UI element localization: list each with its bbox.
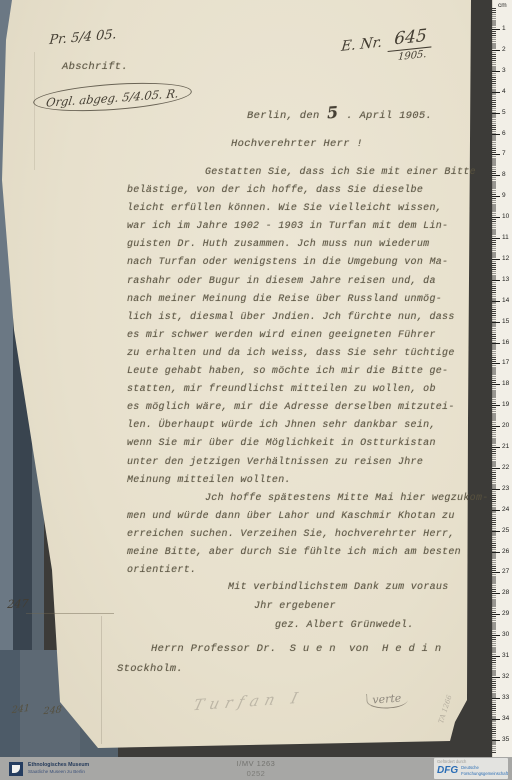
ruler-cm-number: 34 <box>502 715 509 723</box>
ruler-cm-tick <box>492 363 500 364</box>
ruler-cm-number: 32 <box>502 673 509 681</box>
typed-line: len. Überhaupt würde ich Jhnen sehr dank… <box>127 417 463 435</box>
ruler-cm-number: 15 <box>502 318 509 326</box>
typed-line: erreichen suchen. Verzeihen Sie, hochver… <box>127 526 463 544</box>
ruler-cm-number: 12 <box>502 255 509 263</box>
typed-line: nach meiner Meinung die Reise über Russl… <box>127 291 463 309</box>
typed-line: es mir schwer werden wird einen geeignet… <box>127 327 463 345</box>
ruler-cm-number: 9 <box>502 192 506 200</box>
ruler-cm-tick <box>492 92 500 93</box>
ruler-cm-number: 27 <box>502 568 509 576</box>
typed-line: wenn Sie mir über die Möglichkeit in Ost… <box>127 435 463 453</box>
ruler-cm-tick <box>492 154 500 155</box>
ruler-cm-number: 10 <box>502 213 509 221</box>
ruler-cm-tick <box>492 719 500 720</box>
ruler-cm-tick <box>492 552 500 553</box>
ruler-cm-tick <box>492 614 500 615</box>
ruler-cm-number: 5 <box>502 109 506 117</box>
ruler-cm-tick <box>492 238 500 239</box>
ruler-cm-tick <box>492 531 500 532</box>
ruler-cm-number: 22 <box>502 464 509 472</box>
typed-line: Jch hoffe spätestens Mitte Mai hier wegz… <box>127 490 463 508</box>
ruler-cm-number: 2 <box>502 46 506 54</box>
copy-label: Abschrift. <box>62 61 128 73</box>
margin-page-number: 247 <box>7 597 29 611</box>
typed-line: war ich im Jahre 1902 - 1903 in Turfan m… <box>127 218 463 236</box>
oval-registry-note-text: Orgl. abgeg. 5/4.05. R. <box>45 86 179 109</box>
ruler-cm-tick <box>492 343 500 344</box>
verte-note: verte <box>366 691 408 710</box>
closing-thanks: Mit verbindlichstem Dank zum voraus <box>228 582 449 593</box>
ruler-cm-tick <box>492 134 500 135</box>
ruler-cm-tick <box>492 259 500 260</box>
scanned-letter-viewer: Pr. 5/4 05. Abschrift. Orgl. abgeg. 5/4.… <box>0 0 512 780</box>
ruler-cm-tick <box>492 740 500 741</box>
typed-line: Meinung mitteilen wollten. <box>127 472 463 490</box>
ruler-cm-number: 33 <box>502 694 509 702</box>
dateline-rest: . April 1905. <box>340 110 432 122</box>
ruler-cm-number: 8 <box>502 171 506 179</box>
typed-line: statten, mir freundlichst mitteilen zu w… <box>127 381 463 399</box>
ruler-cm-number: 7 <box>502 150 506 158</box>
ruler-cm-tick <box>492 593 500 594</box>
typed-line: nach Turfan oder wenigstens in die Umgeb… <box>127 254 463 272</box>
typed-line: meine Bitte, aber durch Sie fühlte ich m… <box>127 544 463 562</box>
ruler-cm-number: 4 <box>502 88 506 96</box>
dateline: Berlin, den 5 . April 1905. <box>247 103 432 122</box>
ruler-cm-number: 31 <box>502 652 509 660</box>
ruler-cm-number: 28 <box>502 589 509 597</box>
typed-line: leicht erfüllen können. Wie Sie vielleic… <box>127 200 463 218</box>
dfg-name-line2: Forschungsgemeinschaft <box>461 771 508 776</box>
corner-number-right: 248 <box>43 704 62 717</box>
file-number-prefix: E. Nr. <box>340 30 383 55</box>
ruler-cm-tick <box>492 510 500 511</box>
ruler-cm-tick <box>492 280 500 281</box>
ruler-cm-tick <box>492 677 500 678</box>
typed-line: lich ist, diesmal über Jndien. Jch fürch… <box>127 309 463 327</box>
file-number-note: E. Nr. 645 1905. <box>342 30 433 64</box>
left-edge-crease <box>34 52 35 170</box>
ruler-cm-tick <box>492 196 500 197</box>
page-fold-crease <box>101 616 102 744</box>
ruler-cm-tick <box>492 71 500 72</box>
ruler-cm-tick <box>492 29 500 30</box>
oval-registry-note: Orgl. abgeg. 5/4.05. R. <box>32 78 192 115</box>
typed-line: belästige, von der ich hoffe, dass Sie d… <box>127 182 463 200</box>
ruler-cm-number: 16 <box>502 339 509 347</box>
ruler-cm-tick <box>492 489 500 490</box>
ruler-cm-number: 11 <box>502 234 509 242</box>
ruler-cm-tick <box>492 656 500 657</box>
ruler-cm-tick <box>492 301 500 302</box>
letter-body-paragraph-2: Jch hoffe spätestens Mitte Mai hier wegz… <box>127 490 463 580</box>
salutation: Hochverehrter Herr ! <box>231 138 363 150</box>
dfg-logo-block: Gefördert durch DFG Deutsche Forschungsg… <box>434 758 508 779</box>
ruler-cm-number: 6 <box>502 130 506 138</box>
ruler-cm-tick <box>492 384 500 385</box>
recipient-city: Stockholm. <box>117 663 183 675</box>
ruler-cm-number: 1 <box>502 25 506 33</box>
ruler-cm-number: 19 <box>502 401 509 409</box>
typed-line: orientiert. <box>127 562 463 580</box>
ruler-cm-number: 25 <box>502 527 509 535</box>
ruler-cm-tick <box>492 217 500 218</box>
ruler-cm-number: 29 <box>502 610 509 618</box>
signature-line: gez. Albert Grünwedel. <box>275 620 414 631</box>
ruler-unit-label: cm <box>498 2 507 9</box>
ruler-cm-number: 23 <box>502 485 509 493</box>
typed-line: es möglich wäre, mir die Adresse derselb… <box>127 399 463 417</box>
footer-bar: Ethnologisches Museum Staatliche Museen … <box>0 757 512 780</box>
funding-label: Gefördert durch <box>437 759 505 764</box>
typed-line: Gestatten Sie, dass ich Sie mit einer Bi… <box>127 164 463 182</box>
ruler-cm-tick <box>492 113 500 114</box>
ruler-cm-tick <box>492 426 500 427</box>
typed-line: guisten Dr. Huth zusammen. Jch muss nun … <box>127 236 463 254</box>
typed-line: rashahr oder Bugur in diesem Jahre reise… <box>127 273 463 291</box>
ruler-cm-number: 17 <box>502 359 509 367</box>
ruler-cm-tick <box>492 50 500 51</box>
ink-rule <box>26 613 114 614</box>
ruler-cm-tick <box>492 572 500 573</box>
dfg-logo-icon: DFG <box>437 765 458 776</box>
corner-number-left: 241 <box>11 703 30 716</box>
ruler-cm-tick <box>492 468 500 469</box>
dateline-city: Berlin, den <box>247 110 326 122</box>
ruler-cm-tick <box>492 635 500 636</box>
ruler-cm-number: 14 <box>502 297 509 305</box>
typed-line: Leute gehabt haben, so möchte ich mir di… <box>127 363 463 381</box>
ruler-cm-tick <box>492 322 500 323</box>
ruler: cm 1234567891011121314151617181920212223… <box>492 0 512 757</box>
typed-line: unter den jetzigen Verhältnissen zu reis… <box>127 454 463 472</box>
ruler-cm-tick <box>492 175 500 176</box>
ruler-cm-number: 30 <box>502 631 509 639</box>
typed-line: men und würde dann über Lahor und Kaschm… <box>127 508 463 526</box>
ruler-cm-number: 18 <box>502 380 509 388</box>
ruler-cm-number: 21 <box>502 443 509 451</box>
ruler-cm-number: 24 <box>502 506 509 514</box>
ruler-cm-number: 20 <box>502 422 509 430</box>
ruler-cm-number: 35 <box>502 736 509 744</box>
ruler-cm-tick <box>492 698 500 699</box>
ruler-cm-tick <box>492 405 500 406</box>
typed-line: zu erhalten und da ich weiss, dass Sie s… <box>127 345 463 363</box>
ruler-cm-tick <box>492 447 500 448</box>
dateline-day-handwritten: 5 <box>327 103 340 123</box>
recipient-name: Herrn Professor Dr. S u e n von H e d i … <box>151 643 441 655</box>
closing-yours: Jhr ergebener <box>254 601 336 612</box>
ruler-cm-number: 26 <box>502 548 509 556</box>
ruler-cm-number: 13 <box>502 276 509 284</box>
letter-body-paragraph-1: Gestatten Sie, dass ich Sie mit einer Bi… <box>127 164 463 490</box>
ruler-cm-number: 3 <box>502 67 506 75</box>
